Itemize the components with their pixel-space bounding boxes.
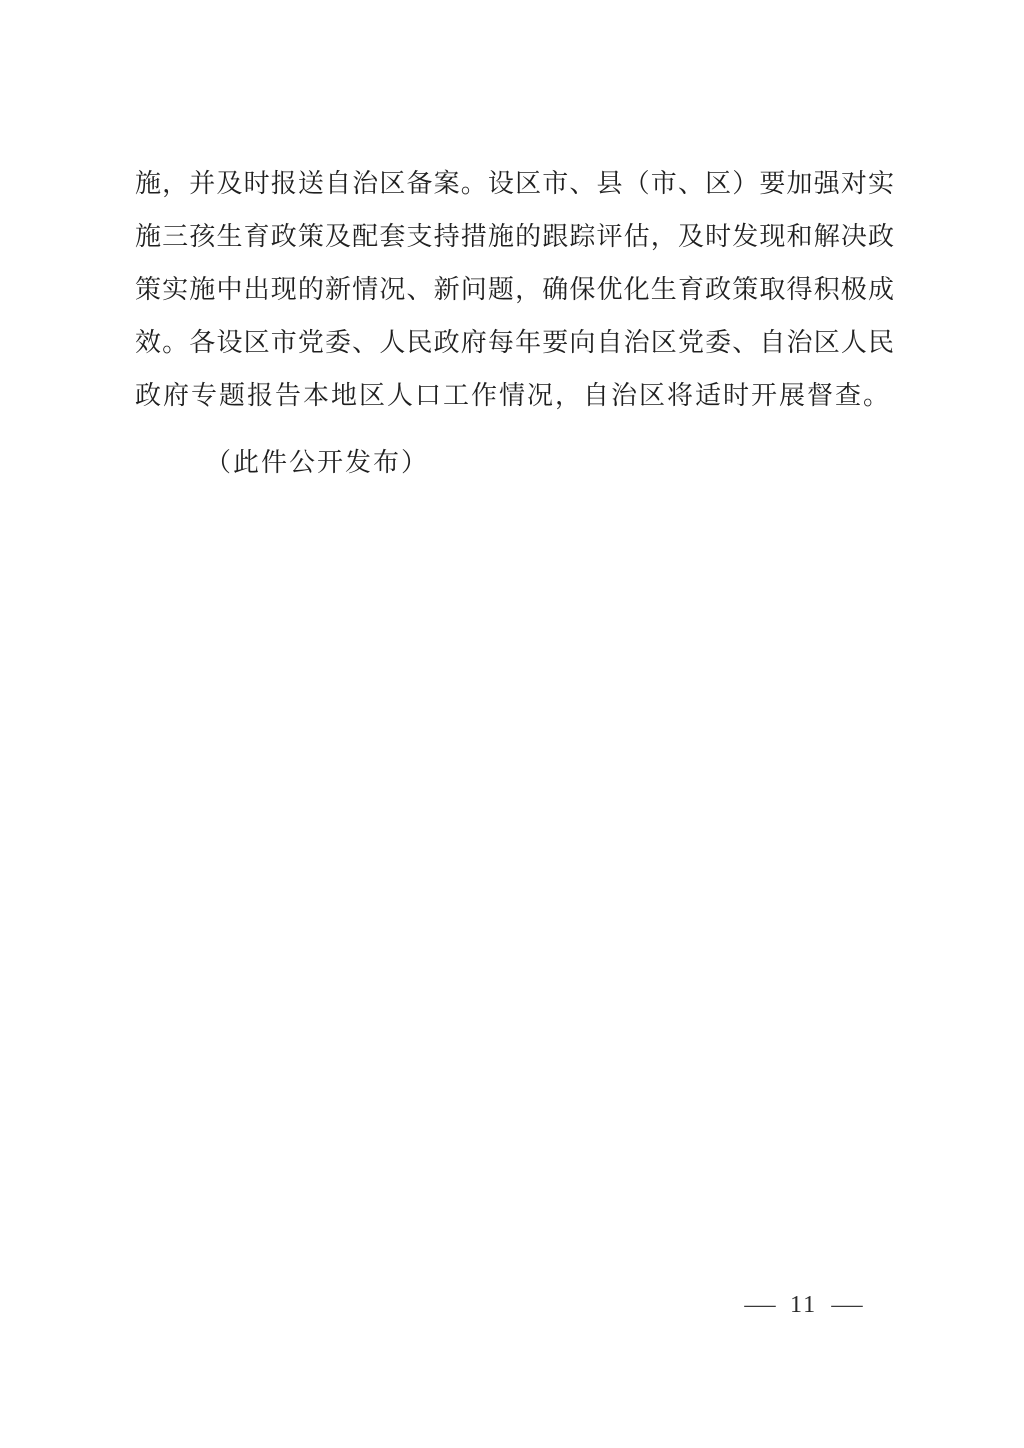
footer-right-dash: — (832, 1288, 863, 1322)
body-paragraph: 施，并及时报送自治区备案。设区市、县（市、区）要加强对实 施三孩生育政策及配套支… (135, 157, 895, 422)
page-number: 11 (790, 1288, 817, 1322)
paragraph-line-1: 施，并及时报送自治区备案。设区市、县（市、区）要加强对实 (135, 157, 895, 210)
page-footer: — 11 — (748, 1288, 859, 1322)
footer-left-dash: — (744, 1288, 775, 1322)
paragraph-line-4: 效。各设区市党委、人民政府每年要向自治区党委、自治区人民 (135, 316, 895, 369)
document-page: 施，并及时报送自治区备案。设区市、县（市、区）要加强对实 施三孩生育政策及配套支… (0, 0, 1024, 1448)
paragraph-line-2: 施三孩生育政策及配套支持措施的跟踪评估，及时发现和解决政 (135, 210, 895, 263)
paragraph-line-5: 政府专题报告本地区人口工作情况，自治区将适时开展督查。 (135, 369, 895, 422)
paragraph-line-3: 策实施中出现的新情况、新问题，确保优化生育政策取得积极成 (135, 263, 895, 316)
public-release-note: （此件公开发布） (135, 436, 895, 489)
